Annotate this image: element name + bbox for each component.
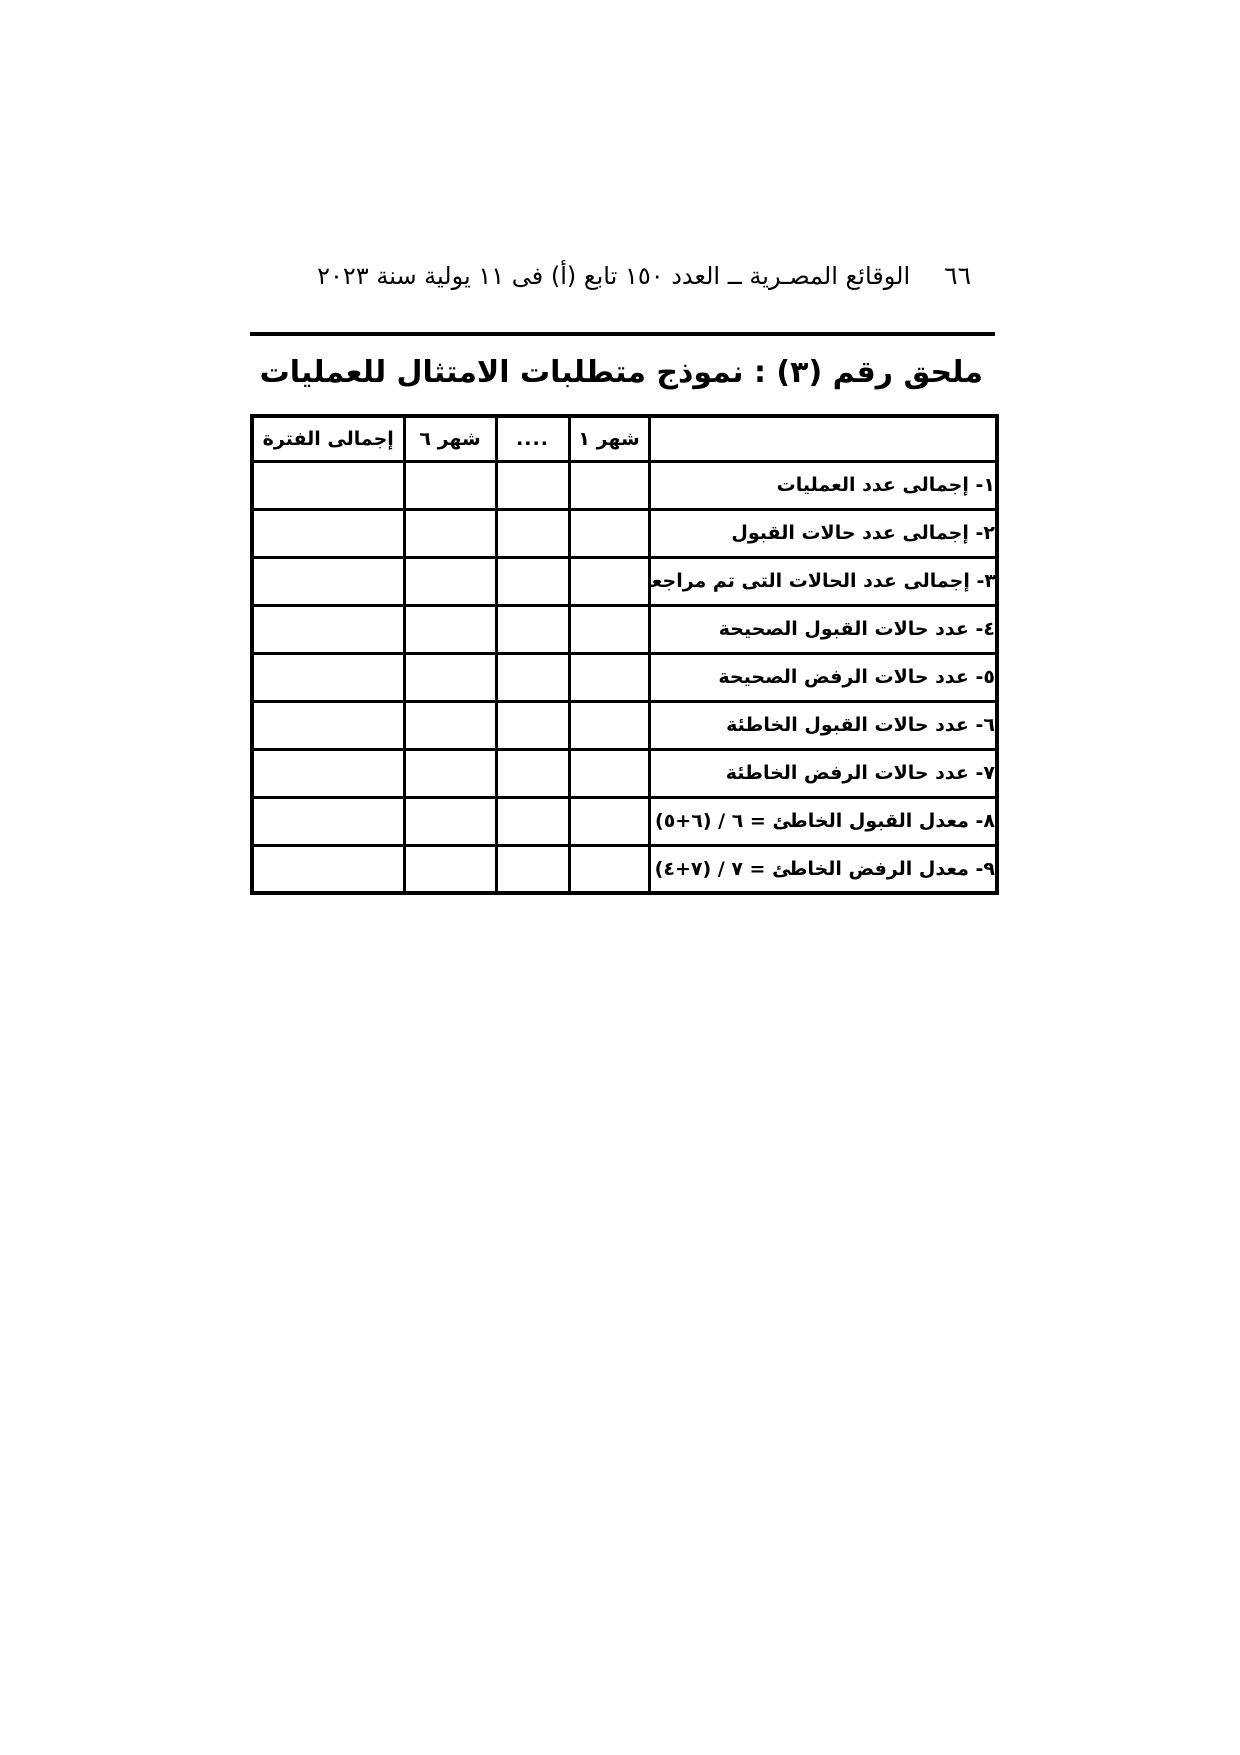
value-cell — [404, 749, 496, 797]
value-cell — [404, 845, 496, 893]
value-cell — [404, 701, 496, 749]
col-header-month-1: شهر ١ — [569, 416, 649, 461]
value-cell — [569, 845, 649, 893]
table-row: ٧- عدد حالات الرفض الخاطئة — [252, 749, 997, 797]
value-cell — [496, 749, 569, 797]
value-cell — [252, 605, 404, 653]
table-row: ١- إجمالى عدد العمليات — [252, 461, 997, 509]
value-cell — [496, 461, 569, 509]
value-cell — [569, 605, 649, 653]
value-cell — [496, 605, 569, 653]
value-cell — [252, 557, 404, 605]
value-cell — [496, 653, 569, 701]
value-cell — [252, 845, 404, 893]
col-header-label-spacer — [649, 416, 997, 461]
value-cell — [569, 557, 649, 605]
value-cell — [252, 797, 404, 845]
row-label-cell: ٦- عدد حالات القبول الخاطئة — [649, 701, 997, 749]
compliance-table: شهر ١ .... شهر ٦ إجمالى الفترة ١- إجمالى… — [250, 414, 999, 895]
col-header-month-6: شهر ٦ — [404, 416, 496, 461]
value-cell — [404, 797, 496, 845]
value-cell — [404, 509, 496, 557]
row-label-cell: ٩- معدل الرفض الخاطئ = ٧ / (٧+٤) — [649, 845, 997, 893]
row-label-cell: ٨- معدل القبول الخاطئ = ٦ / (٦+٥) — [649, 797, 997, 845]
value-cell — [496, 845, 569, 893]
table-row: ٦- عدد حالات القبول الخاطئة — [252, 701, 997, 749]
value-cell — [404, 461, 496, 509]
value-cell — [404, 605, 496, 653]
table-row: ٨- معدل القبول الخاطئ = ٦ / (٦+٥) — [252, 797, 997, 845]
value-cell — [569, 509, 649, 557]
value-cell — [496, 701, 569, 749]
value-cell — [252, 461, 404, 509]
row-label-cell: ١- إجمالى عدد العمليات — [649, 461, 997, 509]
value-cell — [252, 509, 404, 557]
col-header-ellipsis: .... — [496, 416, 569, 461]
appendix-title: ملحق رقم (٣) : نموذج متطلبات الامتثال لل… — [250, 350, 995, 396]
page-number: ٦٦ — [944, 256, 971, 296]
table-row: ٤- عدد حالات القبول الصحيحة — [252, 605, 997, 653]
value-cell — [496, 557, 569, 605]
header-rule — [250, 332, 995, 336]
table-row: ٥- عدد حالات الرفض الصحيحة — [252, 653, 997, 701]
value-cell — [404, 557, 496, 605]
row-label-cell: ٢- إجمالى عدد حالات القبول — [649, 509, 997, 557]
col-header-period-total: إجمالى الفترة — [252, 416, 404, 461]
value-cell — [496, 797, 569, 845]
gazette-header: ٦٦ الوقائع المصـرية ــ العدد ١٥٠ تابع (أ… — [250, 256, 995, 296]
row-label-cell: ٣- إجمالى عدد الحالات التى تم مراجعتها — [649, 557, 997, 605]
value-cell — [569, 653, 649, 701]
value-cell — [569, 797, 649, 845]
row-label-cell: ٧- عدد حالات الرفض الخاطئة — [649, 749, 997, 797]
value-cell — [569, 749, 649, 797]
value-cell — [252, 653, 404, 701]
row-label-cell: ٥- عدد حالات الرفض الصحيحة — [649, 653, 997, 701]
value-cell — [252, 701, 404, 749]
value-cell — [252, 749, 404, 797]
table-header-row: شهر ١ .... شهر ٦ إجمالى الفترة — [252, 416, 997, 461]
header-citation: الوقائع المصـرية ــ العدد ١٥٠ تابع (أ) ف… — [317, 256, 910, 296]
table-row: ٢- إجمالى عدد حالات القبول — [252, 509, 997, 557]
gazette-page: { "gazette_header": { "citation": "الوقا… — [0, 0, 1240, 1755]
value-cell — [496, 509, 569, 557]
value-cell — [404, 653, 496, 701]
table-row: ٩- معدل الرفض الخاطئ = ٧ / (٧+٤) — [252, 845, 997, 893]
table-row: ٣- إجمالى عدد الحالات التى تم مراجعتها — [252, 557, 997, 605]
value-cell — [569, 701, 649, 749]
value-cell — [569, 461, 649, 509]
row-label-cell: ٤- عدد حالات القبول الصحيحة — [649, 605, 997, 653]
